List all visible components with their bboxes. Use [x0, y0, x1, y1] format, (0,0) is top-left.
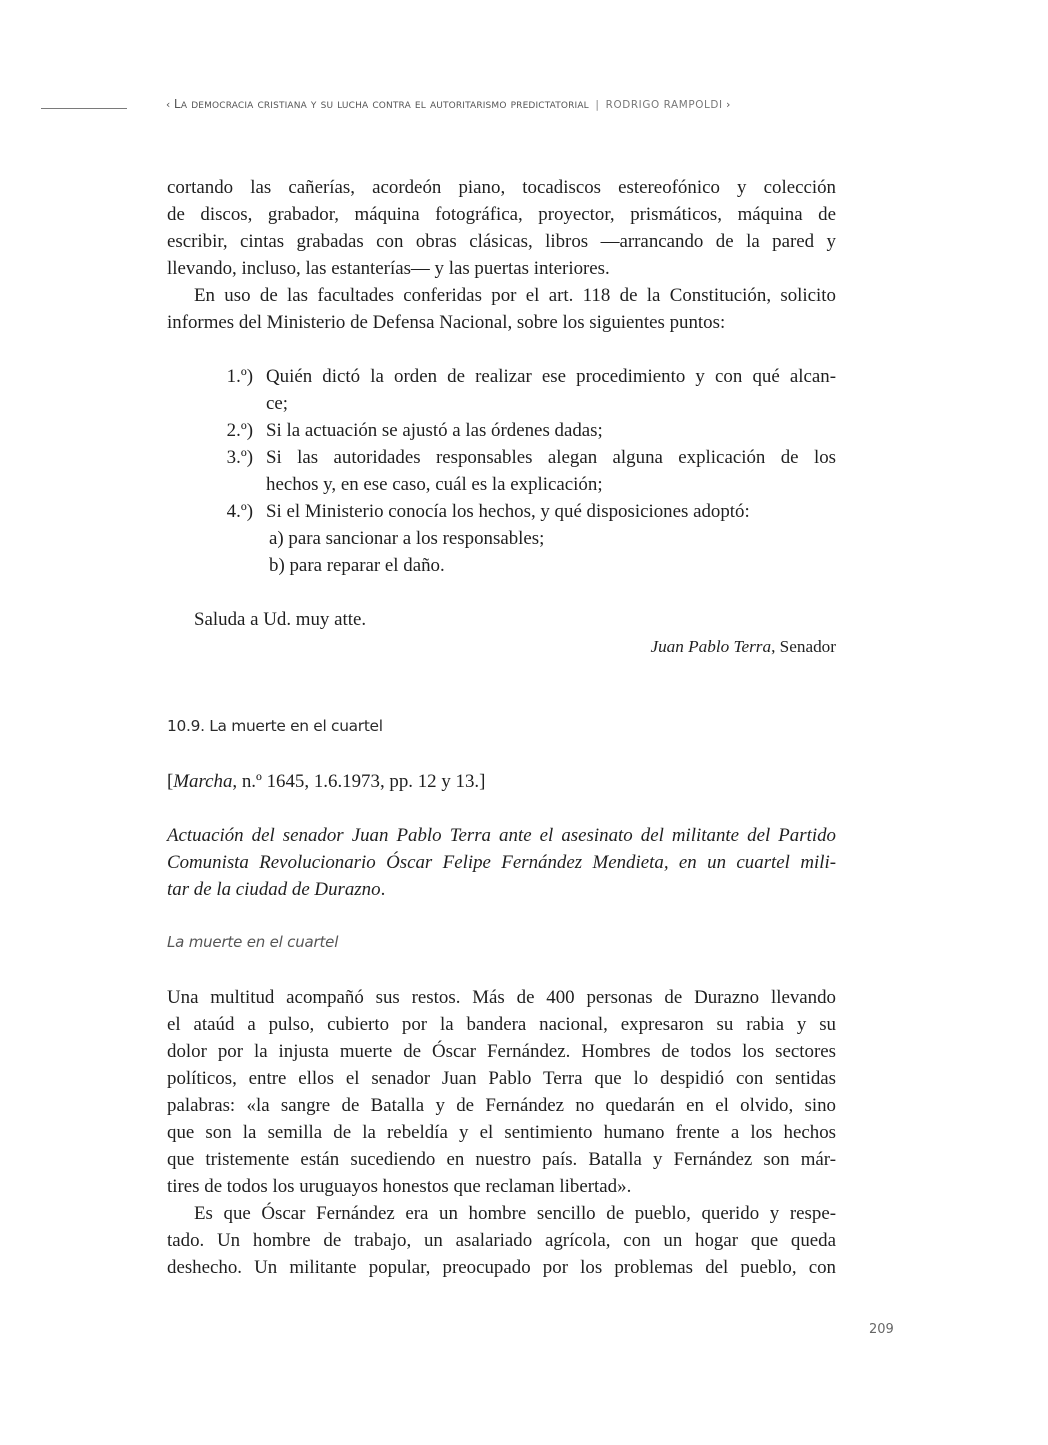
header-separator: |	[592, 99, 602, 111]
body-line: el ataúd a pulso, cubierto por la bander…	[167, 1015, 836, 1035]
paragraph-line: En uso de las facultades conferidas por …	[194, 286, 836, 306]
book-page: ‹ La democracia cristiana y su lucha con…	[0, 0, 1048, 1445]
publication-name: Marcha	[173, 771, 232, 792]
body-line: deshecho. Un militante popular, preocupa…	[167, 1258, 836, 1278]
point-text: Si el Ministerio conocía los hechos, y q…	[266, 502, 750, 522]
paragraph-line: escribir, cintas grabadas con obras clás…	[167, 232, 836, 252]
section-heading: 10.9. La muerte en el cuartel	[167, 717, 383, 735]
right-angle-mark: ›	[726, 99, 730, 111]
point-number: 4.º)	[209, 502, 253, 522]
body-line: dolor por la injusta muerte de Óscar Fer…	[167, 1042, 836, 1062]
point-text: hechos y, en ese caso, cuál es la explic…	[266, 475, 603, 495]
summary-line: Comunista Revolucionario Óscar Felipe Fe…	[167, 853, 836, 873]
point-number: 2.º)	[209, 421, 253, 441]
paragraph-line: de discos, grabador, máquina fotográfica…	[167, 205, 836, 225]
point-text: Si la actuación se ajustó a las órdenes …	[266, 421, 603, 441]
signature: Juan Pablo Terra, Senador	[650, 637, 836, 657]
body-line: tado. Un hombre de trabajo, un asalariad…	[167, 1231, 836, 1251]
subpoint-text: para reparar el daño.	[289, 555, 444, 576]
subpoint: b) para reparar el daño.	[269, 556, 445, 576]
page-number: 209	[869, 1322, 894, 1337]
author-name: RODRIGO RAMPOLDI	[606, 99, 723, 111]
point-number: 1.º)	[209, 367, 253, 387]
signature-name: Juan Pablo Terra	[650, 637, 771, 656]
paragraph-line: cortando las cañerías, acordeón piano, t…	[167, 178, 836, 198]
signature-title: , Senador	[771, 637, 836, 656]
point-text: Si las autoridades responsables alegan a…	[266, 448, 836, 468]
body-line: Es que Óscar Fernández era un hombre sen…	[194, 1204, 836, 1224]
body-line: palabras: «la sangre de Batalla y de Fer…	[167, 1096, 836, 1116]
paragraph-line: llevando, incluso, las estanterías— y la…	[167, 259, 610, 279]
body-line: que tristemente están sucediendo en nues…	[167, 1150, 836, 1170]
source-citation: [Marcha, n.º 1645, 1.6.1973, pp. 12 y 13…	[167, 772, 485, 792]
point-text: ce;	[266, 394, 288, 414]
body-line: tires de todos los uruguayos honestos qu…	[167, 1177, 631, 1197]
paragraph-line: informes del Ministerio de Defensa Nacio…	[167, 313, 725, 333]
point-number: 3.º)	[209, 448, 253, 468]
body-line: que son la semilla de la rebeldía y el s…	[167, 1123, 836, 1143]
subpoint-label: a)	[269, 528, 284, 549]
summary-line: Actuación del senador Juan Pablo Terra a…	[167, 826, 836, 846]
body-line: políticos, entre ellos el senador Juan P…	[167, 1069, 836, 1089]
header-rule	[41, 108, 127, 109]
subpoint-text: para sancionar a los responsables;	[288, 528, 544, 549]
body-line: Una multitud acompañó sus restos. Más de…	[167, 988, 836, 1008]
running-head: ‹ La democracia cristiana y su lucha con…	[166, 97, 731, 111]
subpoint-label: b)	[269, 555, 285, 576]
article-subheading: La muerte en el cuartel	[167, 933, 338, 951]
summary-line: tar de la ciudad de Durazno.	[167, 880, 385, 900]
left-angle-mark: ‹	[166, 99, 170, 111]
closing-salutation: Saluda a Ud. muy atte.	[194, 610, 366, 630]
subpoint: a) para sancionar a los responsables;	[269, 529, 544, 549]
book-title: La democracia cristiana y su lucha contr…	[174, 97, 589, 111]
point-text: Quién dictó la orden de realizar ese pro…	[266, 367, 836, 387]
